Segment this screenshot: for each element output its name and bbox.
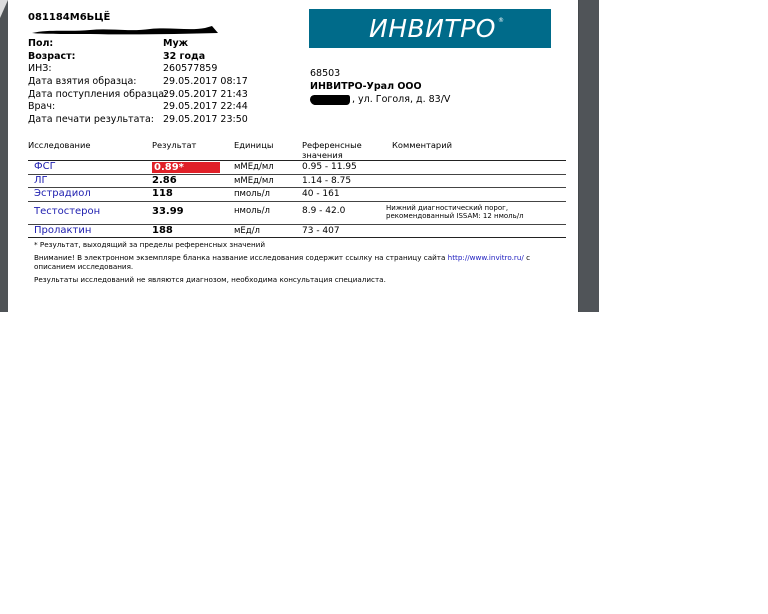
field-value: 260577859	[163, 63, 217, 76]
results-table: Исследование Результат Единицы Референсн…	[28, 140, 566, 238]
reference-range: 1.14 - 8.75	[302, 175, 351, 187]
field-value: 29.05.2017 23:50	[163, 114, 248, 127]
units: мМЕд/мл	[234, 175, 274, 187]
result-value: 118	[152, 188, 173, 200]
reference-range: 8.9 - 42.0	[302, 202, 345, 221]
field-value: 32 года	[163, 51, 205, 64]
field-value: 29.05.2017 08:17	[163, 76, 248, 89]
footnote: * Результат, выходящий за пределы рефере…	[34, 240, 564, 249]
result-value: 188	[152, 225, 173, 237]
table-row: Пролактин188мЕд/л73 - 407	[28, 224, 566, 238]
test-name-link[interactable]: Эстрадиол	[34, 188, 91, 200]
header-test: Исследование	[28, 140, 90, 150]
header-units: Единицы	[234, 140, 273, 150]
patient-id: 081184М6ЬЦЁ	[28, 12, 110, 23]
table-row: ЛГ2.86мМЕд/мл1.14 - 8.75	[28, 174, 566, 188]
field-label: Дата печати результата:	[28, 114, 154, 127]
table-header: Исследование Результат Единицы Референсн…	[28, 140, 566, 160]
field-label: ИНЗ:	[28, 63, 52, 76]
lab-info: 68503 ИНВИТРО-Урал ООО , ул. Гоголя, д. …	[310, 67, 450, 106]
result-value: 2.86	[152, 175, 177, 187]
comment: Нижний диагностический порог, рекомендов…	[386, 204, 566, 220]
field-label: Дата поступления образца:	[28, 89, 167, 102]
invitro-logo: ИНВИТРО ®	[309, 9, 551, 48]
table-row: Эстрадиол118пмоль/л40 - 161	[28, 187, 566, 201]
reference-range: 0.95 - 11.95	[302, 161, 357, 173]
field-value: 29.05.2017 21:43	[163, 89, 248, 102]
lab-address: , ул. Гоголя, д. 83/V	[310, 93, 450, 106]
lab-name: ИНВИТРО-Урал ООО	[310, 80, 450, 93]
test-name-link[interactable]: Тестостерон	[34, 202, 100, 221]
table-bottom-rule	[28, 237, 566, 238]
table-body: ФСГ0.89*мМЕд/мл0.95 - 11.95ЛГ2.86мМЕд/мл…	[28, 160, 566, 237]
test-name-link[interactable]: Пролактин	[34, 225, 91, 237]
header-comment: Комментарий	[392, 140, 452, 150]
test-name-link[interactable]: ФСГ	[34, 161, 56, 173]
field-label: Врач:	[28, 101, 55, 114]
units: мМЕд/мл	[234, 161, 274, 173]
viewer-left-edge	[0, 0, 8, 312]
table-row: Тестостерон33.99нмоль/л8.9 - 42.0Нижний …	[28, 201, 566, 222]
redacted-patient-name	[30, 25, 220, 35]
redacted-city	[310, 95, 350, 105]
field-label: Дата взятия образца:	[28, 76, 137, 89]
field-label: Пол:	[28, 38, 53, 51]
reference-range: 73 - 407	[302, 225, 340, 237]
units: пмоль/л	[234, 188, 270, 200]
reference-range: 40 - 161	[302, 188, 340, 200]
invitro-link[interactable]: http://www.invitro.ru/	[448, 253, 524, 262]
lab-report-page: 081184М6ЬЦЁ Пол:МужВозраст:32 годаИНЗ:26…	[8, 0, 578, 312]
result-value: 33.99	[152, 202, 184, 221]
report-notes: * Результат, выходящий за пределы рефере…	[34, 240, 564, 288]
units: мЕд/л	[234, 225, 260, 237]
header-result: Результат	[152, 140, 196, 150]
header-reference: Референсные значения	[302, 140, 372, 160]
warning-note: Внимание! В электронном экземпляре бланк…	[34, 253, 564, 271]
test-name-link[interactable]: ЛГ	[34, 175, 48, 187]
field-value: 29.05.2017 22:44	[163, 101, 248, 114]
lab-code: 68503	[310, 67, 450, 80]
field-value: Муж	[163, 38, 188, 51]
result-value: 0.89*	[152, 162, 220, 173]
field-label: Возраст:	[28, 51, 75, 64]
units: нмоль/л	[234, 202, 270, 221]
viewer-scrollbar[interactable]	[578, 0, 599, 312]
table-row: ФСГ0.89*мМЕд/мл0.95 - 11.95	[28, 160, 566, 174]
disclaimer: Результаты исследований не являются диаг…	[34, 275, 564, 284]
